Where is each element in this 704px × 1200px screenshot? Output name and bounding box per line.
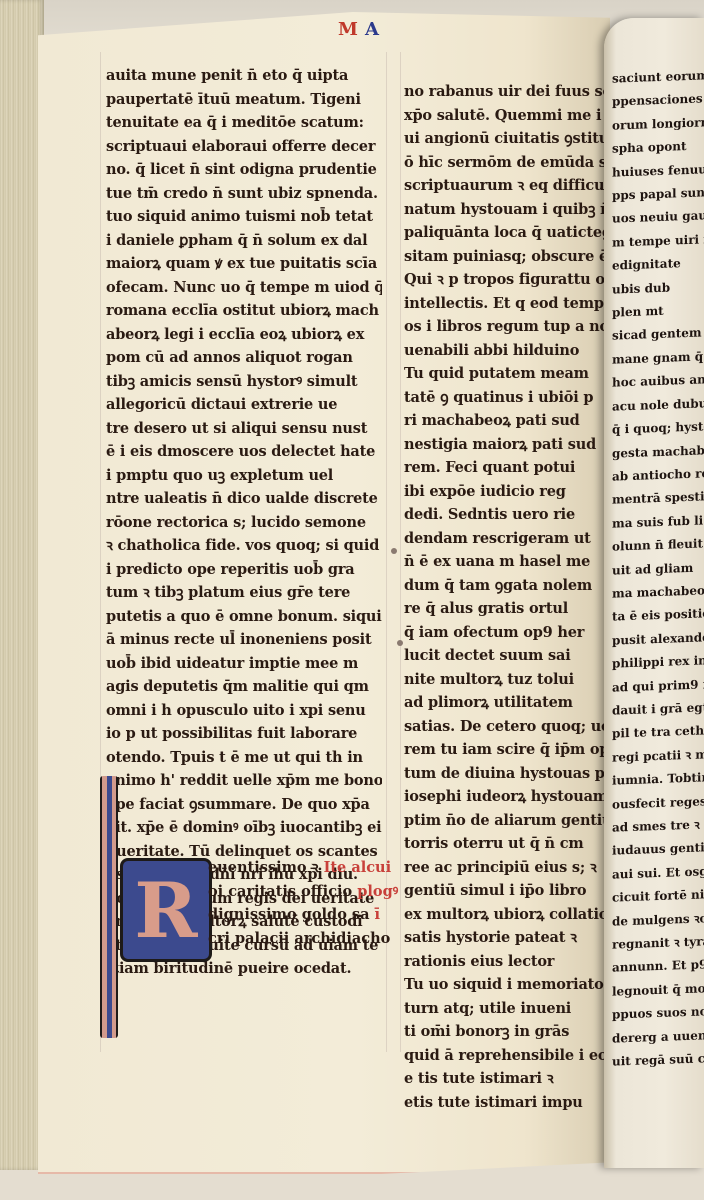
text-line: iosephi iudeorꝝ hystouam: [404, 785, 610, 809]
prologue-line: cri palacii archidiacho: [208, 927, 398, 951]
prologue-line: dignissimo goldo sa ī: [208, 903, 398, 927]
text-line: Tu uo siquid i memoriato: [404, 973, 610, 997]
gutter-mark: [397, 640, 403, 646]
text-line: ad qui prim9 reg: [612, 673, 704, 700]
text-line: iumnia. Tobtinuto: [612, 767, 704, 794]
text-line: saciunt eorum ueni: [612, 64, 704, 91]
text-line: ex multorꝝ ubiorꝝ collatione: [404, 903, 610, 927]
text-line: philippi rex in ade: [612, 650, 704, 677]
prologue-line: oi caritatis officio plogꝰ: [208, 880, 398, 904]
text-line: omni i h opusculo uito i xpi senu: [106, 699, 382, 723]
initial-letter-r: R: [120, 858, 212, 962]
text-line: aui sui. Et osgauit: [612, 860, 704, 887]
text-line: quid ā reprehensibile i eo: [404, 1044, 610, 1068]
text-line: ousfecit reges tre: [612, 790, 704, 817]
text-line: tatē ꝯ quatinus i ubiōi p: [404, 386, 610, 410]
text-line: sitam puiniasq; obscure ē con: [404, 245, 610, 269]
text-line: tre desero ut si aliqui sensu nust: [106, 417, 382, 441]
text-line: ab antiocho rege p: [612, 462, 704, 489]
text-line: ma suis fub li: [612, 509, 704, 536]
text-line: cicuit fortē nimis ꝛ op: [612, 884, 704, 911]
prologue-line: euentissimo ꝛ Ite alcui: [208, 856, 398, 880]
text-line: dauit i grā egtē: [612, 696, 704, 723]
text-line: pusit alexander: [612, 626, 704, 653]
text-line: spha opont: [612, 135, 704, 162]
text-line: annunn. Et p9 h̄ deci: [612, 954, 704, 981]
text-line: tibꝫ amicis sensū hystorꝰ simult: [106, 370, 382, 394]
text-line: ō hīc sermōm de emūda san: [404, 151, 610, 175]
right-text-column: no rabanus uir dei fuus scruoxp̄o salutē…: [404, 80, 610, 1114]
ruling-line: [400, 52, 401, 1052]
text-line: gesta machab: [612, 439, 704, 466]
text-line: ma machabeor-: [612, 579, 704, 606]
rubric: ī: [375, 906, 381, 923]
text-line: mentrā spesti: [612, 486, 704, 513]
text-line: ntre ualeatis n̄ dico ualde discrete: [106, 487, 382, 511]
prologue-text: euentissimo ꝛ Ite alcuioi caritatis offi…: [208, 856, 398, 950]
text-line: Qui ꝛ p tropos figurattu occul: [404, 268, 610, 292]
text-line: ā minus recte ul̄ inoneniens posit: [106, 628, 382, 652]
text-line: ri machabeoꝝ pati sud: [404, 409, 610, 433]
book-page-edges: [0, 0, 44, 1170]
text-line: turn atq; utile inueni: [404, 997, 610, 1021]
text-line: tum ꝛ tibꝫ platum eius gr̄e tere: [106, 581, 382, 605]
text-line: orum longiorm ho: [612, 111, 704, 138]
text-line: uos neuiu gau!: [612, 205, 704, 232]
text-line: rōone rectorica s; lucido semone: [106, 511, 382, 535]
text-line: uit regā suū cum ad: [612, 1047, 704, 1074]
text-line: io p ut possibilitas fuit laborare: [106, 722, 382, 746]
text-line: ta ē eis positiōm: [612, 603, 704, 630]
text-line: ui angionū ciuitatis ꝯstitutū: [404, 127, 610, 151]
text-line: ē i eis dmoscere uos delectet hate: [106, 440, 382, 464]
text-line: auita mune penit n̄ eto q̄ uipta: [106, 64, 382, 88]
text-line: pom cū ad annos aliquot rogan: [106, 346, 382, 370]
text-line: olunn n̄ fleuit s;: [612, 533, 704, 560]
text-line: no. q̄ licet n̄ sint odigna prudentie: [106, 158, 382, 182]
text-line: abeorꝝ legi i ecclīa eoꝝ ubiorꝝ ex: [106, 323, 382, 347]
text-line: xp̄o salutē. Quemmi me i pala: [404, 104, 610, 128]
text-line: i daniele ꝑpham q̄ n̄ solum ex dal: [106, 229, 382, 253]
rubric: Ite alcui: [324, 859, 392, 876]
text-line: uit ad gliam: [612, 556, 704, 583]
text-line: regnanit ꝛ tyrannos: [612, 930, 704, 957]
text-line: ad plimorꝝ utilitatem: [404, 691, 610, 715]
text-line: dum q̄ tam ꝯgata nolem: [404, 574, 610, 598]
text-line: tum de diuina hystouas p: [404, 762, 610, 786]
running-head-red-letter: M: [338, 19, 359, 40]
text-line: legnouit q̄ moterre: [612, 977, 704, 1004]
text-line: scriptuaurum ꝛ eq difficultate: [404, 174, 610, 198]
gutter-mark: [391, 548, 397, 554]
text-line: ubis dub: [612, 275, 704, 302]
text-line: huiuses fenuuerem: [612, 158, 704, 185]
initial-decorative-stem: [100, 776, 118, 1038]
text-line: ti om̄i bonorꝫ in grās: [404, 1020, 610, 1044]
rubric: plogꝰ: [357, 883, 398, 900]
text-line: rem. Feci quant potui: [404, 456, 610, 480]
text-line: n̄ ē ex uana m hasel me: [404, 550, 610, 574]
text-line: ibi expōe iudicio reg: [404, 480, 610, 504]
text-line: intellectis. Et q eod tempe: [404, 292, 610, 316]
text-line: i pmptu quo uꝫ expletum uel: [106, 464, 382, 488]
text-line: q̄ iam ofectum op9 her: [404, 621, 610, 645]
text-line: no rabanus uir dei fuus scruo: [404, 80, 610, 104]
text-line: natum hystouam i quibꝫ n̄ sol: [404, 198, 610, 222]
text-line: tenuitate ea q̄ i meditōe scatum:: [106, 111, 382, 135]
text-line: tuo siquid animo tuismi nob̄ tetat: [106, 205, 382, 229]
text-line: torris oterru ut q̄ n̄ cm: [404, 832, 610, 856]
text-line: ad smes tre ꝛ auee: [612, 813, 704, 840]
text-line: ree ac principiū eius s; ꝛ: [404, 856, 610, 880]
text-line: scriptuaui elaboraui offerre decer: [106, 135, 382, 159]
text-line: rem tu iam scire q̄ ip̄m op: [404, 738, 610, 762]
text-line: de mulgens ꝛobt: [612, 907, 704, 934]
illuminated-initial: R: [96, 776, 208, 1038]
text-line: uob̄ ibid uideatur imptie mee m: [106, 652, 382, 676]
text-line: q̄ i quoq; hyston: [612, 415, 704, 442]
text-line: pps papal sunt: [612, 181, 704, 208]
text-line: satias. De cetero quoq; uola: [404, 715, 610, 739]
text-line: tue tm̄ credo n̄ sunt ubiz spnenda. p: [106, 182, 382, 206]
text-line: maiorꝝ quam ꝟ ex tue puitatis scīa: [106, 252, 382, 276]
text-line: allegoricū dictaui extrerie ue: [106, 393, 382, 417]
text-line: regi pcatii ꝛ meto: [612, 743, 704, 770]
text-line: pil te tra cethym: [612, 720, 704, 747]
running-head-blue-letter: A: [365, 19, 380, 40]
text-line: gentiū simul i ip̄o libro: [404, 879, 610, 903]
text-line: e tis tute istimari ꝛ: [404, 1067, 610, 1091]
text-line: dendam rescrigeram ut: [404, 527, 610, 551]
text-line: iudauus gentium: [612, 837, 704, 864]
text-line: hoc auibus amuet: [612, 369, 704, 396]
text-line: ppensaciones: [612, 88, 704, 115]
text-line: i predicto ope reperitis uob̄ gra: [106, 558, 382, 582]
text-line: os i libros regum tup a nob: [404, 315, 610, 339]
text-line: uenabili abbi hilduino: [404, 339, 610, 363]
text-line: etis tute istimari impu: [404, 1091, 610, 1115]
text-line: paupertatē ītuū meatum. Tigeni: [106, 88, 382, 112]
text-line: agis deputetis q̄m malitie qui qm: [106, 675, 382, 699]
text-line: Tu quid putatem meam: [404, 362, 610, 386]
text-line: dedi. Sedntis uero rie: [404, 503, 610, 527]
text-line: satis hystorie pateat ꝛ: [404, 926, 610, 950]
text-line: acu nole dubu: [612, 392, 704, 419]
text-line: dererg a uuentute: [612, 1024, 704, 1051]
text-line: romana ecclīa ostitut ubiorꝝ mach: [106, 299, 382, 323]
text-line: nite multorꝝ tuz tolui: [404, 668, 610, 692]
text-line: edignitate: [612, 252, 704, 279]
text-line: otendo. Tpuis t ē me ut qui th in: [106, 746, 382, 770]
text-line: rationis eius lector: [404, 950, 610, 974]
text-line: plen mt: [612, 298, 704, 325]
text-line: sicad gentem ꝫ: [612, 322, 704, 349]
text-line: nestigia maiorꝝ pati sud: [404, 433, 610, 457]
running-head: M A: [338, 16, 380, 40]
text-line: ptim n̄o de aliarum gentiū: [404, 809, 610, 833]
text-line: mane gnam q̄ tabo: [612, 345, 704, 372]
next-folio-text: saciunt eorum uenippensacionesorum longi…: [612, 64, 704, 1074]
text-line: lucit dectet suum sai: [404, 644, 610, 668]
text-line: re q̄ alus gratis ortul: [404, 597, 610, 621]
text-line: putetis a quo ē omne bonum. siquid: [106, 605, 382, 629]
text-line: ꝛ chatholica fide. vos quoq; si quid: [106, 534, 382, 558]
text-line: ppuos suos nobiles: [612, 1001, 704, 1028]
text-line: paliquānta loca q̄ uatictegere: [404, 221, 610, 245]
text-line: m tempe uiri me: [612, 228, 704, 255]
text-line: ofecam. Nunc uo q̄ tempe m uiod q̄: [106, 276, 382, 300]
